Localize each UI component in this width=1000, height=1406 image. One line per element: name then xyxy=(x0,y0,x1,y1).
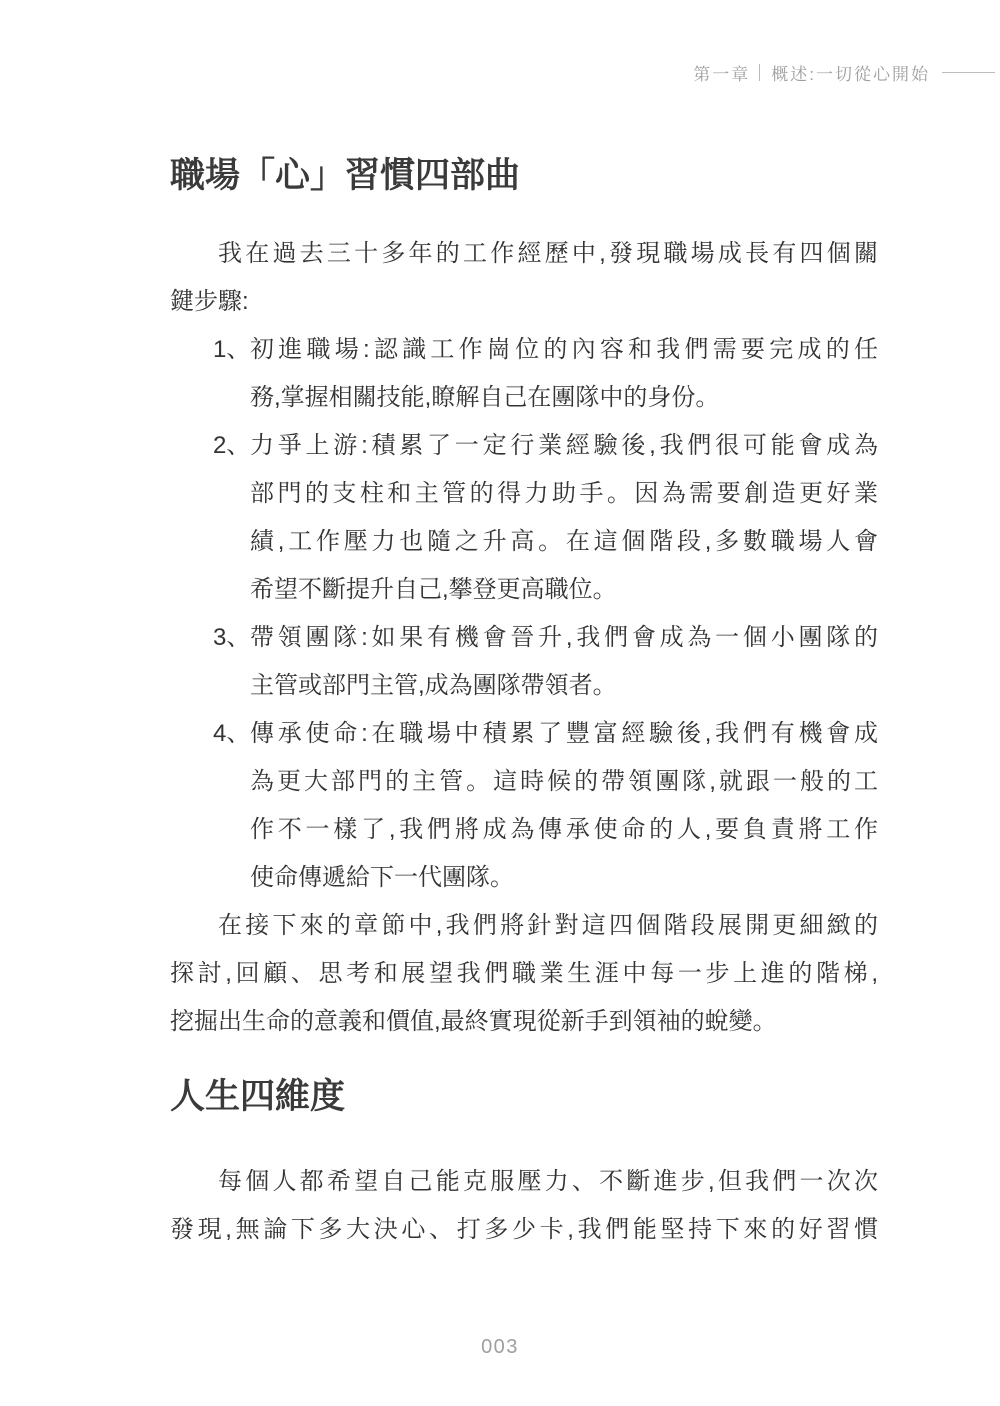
header-chapter-label: 第一章 xyxy=(693,60,750,85)
text-line: 為更大部門的主管。這時候的帶領團隊,就跟一般的工 xyxy=(250,758,878,806)
list-item-3: 3、 帶領團隊:如果有機會晉升,我們會成為一個小團隊的 主管或部門主管,成為團隊… xyxy=(170,614,878,710)
numbered-step-list: 1、 初進職場:認識工作崗位的內容和我們需要完成的任 務,掌握相關技能,瞭解自己… xyxy=(170,326,878,902)
list-item-1: 1、 初進職場:認識工作崗位的內容和我們需要完成的任 務,掌握相關技能,瞭解自己… xyxy=(170,326,878,422)
text-line: 探討,回顧、思考和展望我們職業生涯中每一步上進的階梯, xyxy=(170,950,878,998)
text-line: 部門的支柱和主管的得力助手。因為需要創造更好業 xyxy=(250,470,878,518)
list-item-number: 3、 xyxy=(213,614,250,662)
list-item-number: 1、 xyxy=(213,326,250,374)
text-line: 在接下來的章節中,我們將針對這四個階段展開更細緻的 xyxy=(170,902,878,950)
text-line: 作不一樣了,我們將成為傳承使命的人,要負責將工作 xyxy=(250,806,878,854)
paragraph-next-chapters: 在接下來的章節中,我們將針對這四個階段展開更細緻的 探討,回顧、思考和展望我們職… xyxy=(170,902,878,1046)
text-line: 我在過去三十多年的工作經歷中,發現職場成長有四個關 xyxy=(170,230,878,278)
section-heading-life-dimensions: 人生四維度 xyxy=(170,1073,878,1121)
text-line: 績,工作壓力也隨之升高。在這個階段,多數職場人會 xyxy=(250,518,878,566)
list-item-2: 2、 力爭上游:積累了一定行業經驗後,我們很可能會成為 部門的支柱和主管的得力助… xyxy=(170,422,878,614)
paragraph-life-dimensions: 每個人都希望自己能克服壓力、不斷進步,但我們一次次 發現,無論下多大決心、打多少… xyxy=(170,1158,878,1254)
paragraph-intro: 我在過去三十多年的工作經歷中,發現職場成長有四個關 鍵步驟: xyxy=(170,230,878,326)
text-line: 使命傳遞給下一代團隊。 xyxy=(250,854,878,902)
header-divider-line xyxy=(759,64,760,81)
list-item-number: 2、 xyxy=(213,422,250,470)
text-line: 主管或部門主管,成為團隊帶領者。 xyxy=(250,662,878,710)
page-number-text: 003 xyxy=(481,1336,519,1358)
text-line: 帶領團隊:如果有機會晉升,我們會成為一個小團隊的 xyxy=(250,614,878,662)
text-line: 每個人都希望自己能克服壓力、不斷進步,但我們一次次 xyxy=(170,1158,878,1206)
text-line: 務,掌握相關技能,瞭解自己在團隊中的身份。 xyxy=(250,374,878,422)
page-content: 職場「心」習慣四部曲 我在過去三十多年的工作經歷中,發現職場成長有四個關 鍵步驟… xyxy=(170,152,878,1254)
text-line: 初進職場:認識工作崗位的內容和我們需要完成的任 xyxy=(250,326,878,374)
text-line: 傳承使命:在職場中積累了豐富經驗後,我們有機會成 xyxy=(250,710,878,758)
header-section-label: 概述:一切從心開始 xyxy=(771,60,930,85)
text-line: 力爭上游:積累了一定行業經驗後,我們很可能會成為 xyxy=(250,422,878,470)
page-number: 003 xyxy=(0,1336,1000,1359)
text-line: 發現,無論下多大決心、打多少卡,我們能堅持下來的好習慣 xyxy=(170,1206,878,1254)
list-item-number: 4、 xyxy=(213,710,250,758)
text-line: 鍵步驟: xyxy=(170,278,878,326)
running-header: 第一章 概述:一切從心開始 xyxy=(693,60,995,85)
text-line: 希望不斷提升自己,攀登更高職位。 xyxy=(250,566,878,614)
text-line: 挖掘出生命的意義和價值,最終實現從新手到領袖的蛻變。 xyxy=(170,998,878,1046)
header-rule-line xyxy=(942,72,995,73)
book-page: 第一章 概述:一切從心開始 職場「心」習慣四部曲 我在過去三十多年的工作經歷中,… xyxy=(0,0,1000,1406)
list-item-4: 4、 傳承使命:在職場中積累了豐富經驗後,我們有機會成 為更大部門的主管。這時候… xyxy=(170,710,878,902)
section-heading-workplace-habits: 職場「心」習慣四部曲 xyxy=(170,152,878,200)
